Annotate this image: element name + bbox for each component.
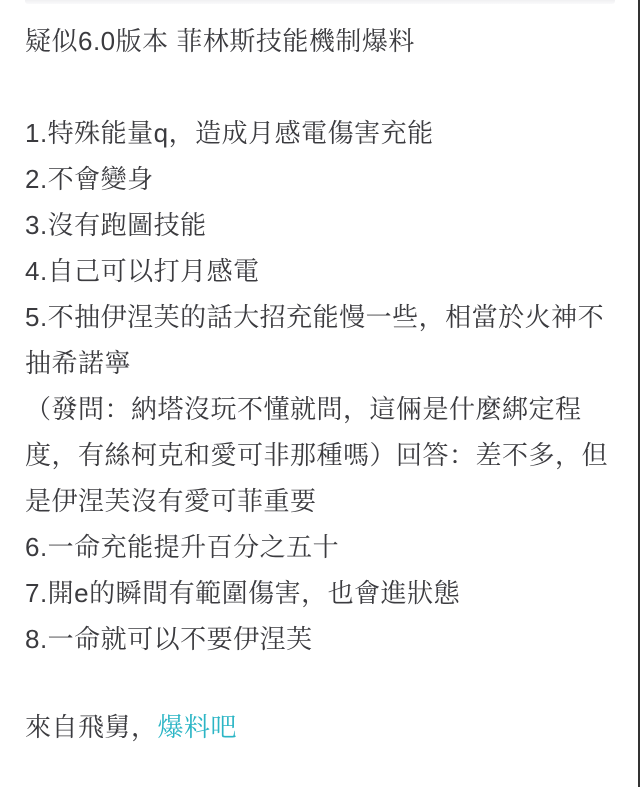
post-body: 1.特殊能量q，造成月感電傷害充能2.不會變身3.沒有跑圖技能4.自己可以打月感… — [25, 110, 616, 662]
post-line: 2.不會變身 — [25, 156, 616, 202]
post-line: 8.一命就可以不要伊涅芙 — [25, 616, 616, 662]
post-line: 1.特殊能量q，造成月感電傷害充能 — [25, 110, 616, 156]
post-line: 7.開e的瞬間有範圍傷害，也會進狀態 — [25, 570, 616, 616]
post-page: 疑似6.0版本 菲林斯技能機制爆料 1.特殊能量q，造成月感電傷害充能2.不會變… — [0, 0, 640, 787]
post-line: 5.不抽伊涅芙的話大招充能慢一些，相當於火神不 — [25, 294, 616, 340]
post-line: 抽希諾寧 — [25, 340, 616, 386]
blank-line — [25, 64, 616, 110]
post-line: 3.沒有跑圖技能 — [25, 202, 616, 248]
footer-source-text: 來自飛舅， — [25, 712, 158, 742]
post-footer: 來自飛舅，爆料吧 — [25, 704, 616, 750]
post-title: 疑似6.0版本 菲林斯技能機制爆料 — [25, 18, 616, 64]
post-line: 是伊涅芙沒有愛可菲重要 — [25, 478, 616, 524]
post-line: （發問：納塔沒玩不懂就問，這倆是什麼綁定程 — [25, 386, 616, 432]
post-line: 度，有絲柯克和愛可非那種嗎）回答：差不多，但 — [25, 432, 616, 478]
baoliao-ba-link[interactable]: 爆料吧 — [158, 712, 238, 742]
post-line: 6.一命充能提升百分之五十 — [25, 524, 616, 570]
post-line: 4.自己可以打月感電 — [25, 248, 616, 294]
post-content: 疑似6.0版本 菲林斯技能機制爆料 1.特殊能量q，造成月感電傷害充能2.不會變… — [25, 0, 616, 750]
